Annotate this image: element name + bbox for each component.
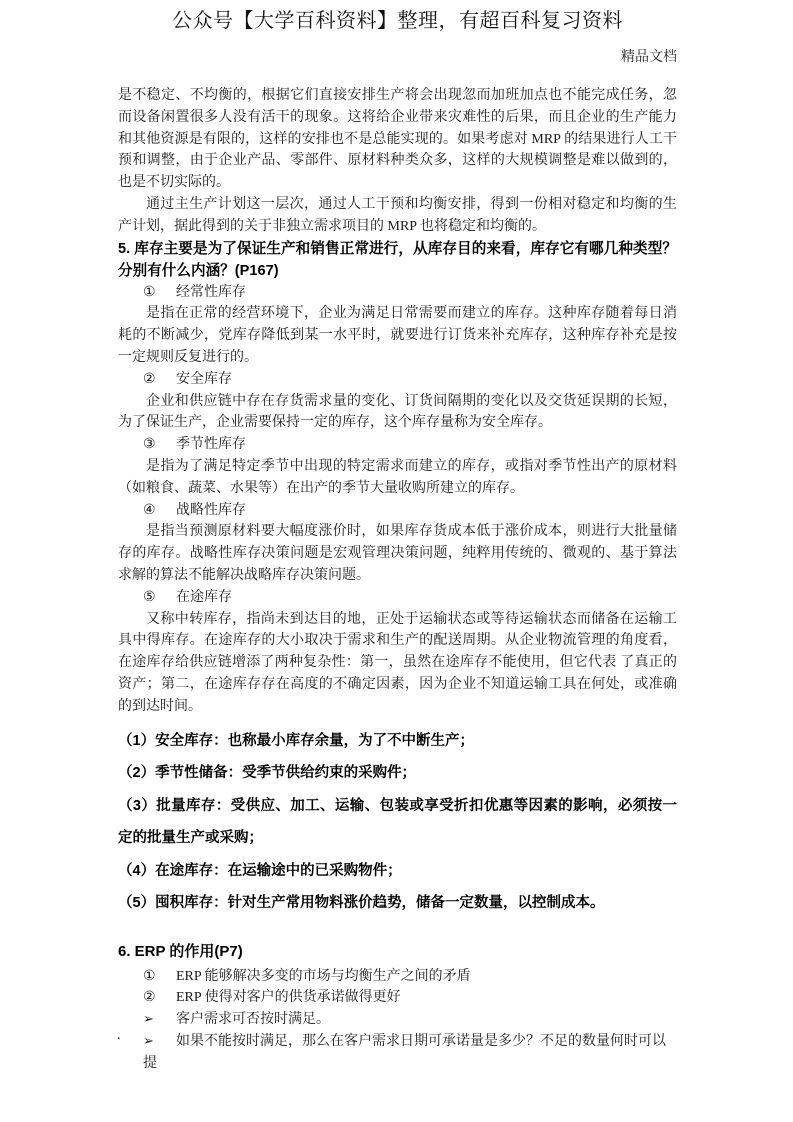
arrowhead-bullet-icon: ➢	[143, 1031, 162, 1053]
inventory-type-desc: 是指当预测原材料要大幅度涨价时，如果库存货成本低于涨价成本，则进行大批量储存的库…	[118, 521, 677, 586]
paragraph-master-production-schedule: 通过主生产计划这一层次，通过人工干预和均衡安排，得到一份相对稳定和均衡的生产计划…	[118, 194, 677, 238]
summary-item: （5）囤积库存：针对生产常用物料涨价趋势，储备一定数量，以控制成本。	[118, 887, 677, 920]
circled-number: ③	[143, 434, 162, 456]
circled-number: ②	[143, 987, 162, 1009]
inventory-type-item: ③季节性库存	[118, 434, 677, 456]
page-content: 公众号【大学百科资料】整理，有超百科复习资料 精品文档 是不稳定、不均衡的，根据…	[118, 0, 677, 1075]
circled-number: ①	[143, 966, 162, 988]
erp-bullet-text: 客户需求可否按时满足。	[176, 1012, 330, 1027]
paragraph-mrp-instability: 是不稳定、不均衡的，根据它们直接安排生产将会出现忽而加班加点也不能完成任务，忽而…	[118, 85, 677, 194]
circled-number: ④	[143, 500, 162, 522]
arrowhead-bullet-icon: ➢	[143, 1009, 162, 1031]
summary-item: （4）在途库存：在运输途中的已采购物件；	[118, 855, 677, 888]
inventory-type-title: 战略性库存	[176, 503, 246, 518]
inventory-type-item: ②安全库存	[118, 369, 677, 391]
document-page: 公众号【大学百科资料】整理，有超百科复习资料 精品文档 是不稳定、不均衡的，根据…	[0, 0, 793, 1122]
erp-point: ①ERP 能够解决多变的市场与均衡生产之间的矛盾	[118, 966, 677, 988]
summary-item: （3）批量库存：受供应、加工、运输、包装或享受折扣优惠等因素的影响，必须按一定的…	[118, 790, 677, 855]
inventory-type-desc: 企业和供应链中存在存货需求量的变化、订货间隔期的变化以及交货延误期的长短，为了保…	[118, 391, 677, 435]
inventory-type-item: ①经常性库存	[118, 282, 677, 304]
summary-item: （2）季节性储备：受季节供给约束的采购件；	[118, 757, 677, 790]
erp-bullet-text: 如果不能按时满足，那么在客户需求日期可承诺量是多少？不足的数量何时可以提	[143, 1034, 666, 1071]
question-6-heading: 6. ERP 的作用(P7)	[118, 941, 677, 963]
inventory-type-item: ⑤在途库存	[118, 587, 677, 609]
erp-point-text: ERP 能够解决多变的市场与均衡生产之间的矛盾	[176, 969, 471, 984]
inventory-summary-list: （1）安全库存：也称最小库存余量，为了不中断生产； （2）季节性储备：受季节供给…	[118, 725, 677, 920]
circled-number: ①	[143, 282, 162, 304]
erp-bullet: ➢如果不能按时满足，那么在客户需求日期可承诺量是多少？不足的数量何时可以提	[118, 1031, 677, 1075]
circled-number: ⑤	[143, 587, 162, 609]
doc-quality-label: 精品文档	[118, 47, 677, 68]
erp-role-list: ①ERP 能够解决多变的市场与均衡生产之间的矛盾 ②ERP 使得对客户的供货承诺…	[118, 966, 677, 1075]
circled-number: ②	[143, 369, 162, 391]
inventory-type-title: 经常性库存	[176, 285, 246, 300]
inventory-type-item: ④战略性库存	[118, 500, 677, 522]
question-5-heading: 5. 库存主要是为了保证生产和销售正常进行，从库存目的来看，库存它有哪几种类型？…	[118, 238, 677, 282]
inventory-type-title: 季节性库存	[176, 437, 246, 452]
inventory-type-desc: 是指在正常的经营环境下，企业为满足日常需要而建立的库存。这种库存随着每日消耗的不…	[118, 303, 677, 368]
footer-period: .	[117, 1028, 121, 1044]
erp-point-text: ERP 使得对客户的供货承诺做得更好	[176, 990, 401, 1005]
erp-point: ②ERP 使得对客户的供货承诺做得更好	[118, 987, 677, 1009]
summary-item: （1）安全库存：也称最小库存余量，为了不中断生产；	[118, 725, 677, 758]
inventory-type-title: 在途库存	[176, 590, 232, 605]
page-title: 公众号【大学百科资料】整理，有超百科复习资料	[118, 6, 677, 36]
inventory-type-desc: 是指为了满足特定季节中出现的特定需求而建立的库存，或指对季节性出产的原材料（如粮…	[118, 456, 677, 500]
inventory-type-desc: 又称中转库存，指尚未到达目的地，正处于运输状态或等待运输状态而储备在运输工具中得…	[118, 609, 677, 718]
erp-bullet: ➢客户需求可否按时满足。	[118, 1009, 677, 1031]
inventory-type-title: 安全库存	[176, 372, 232, 387]
